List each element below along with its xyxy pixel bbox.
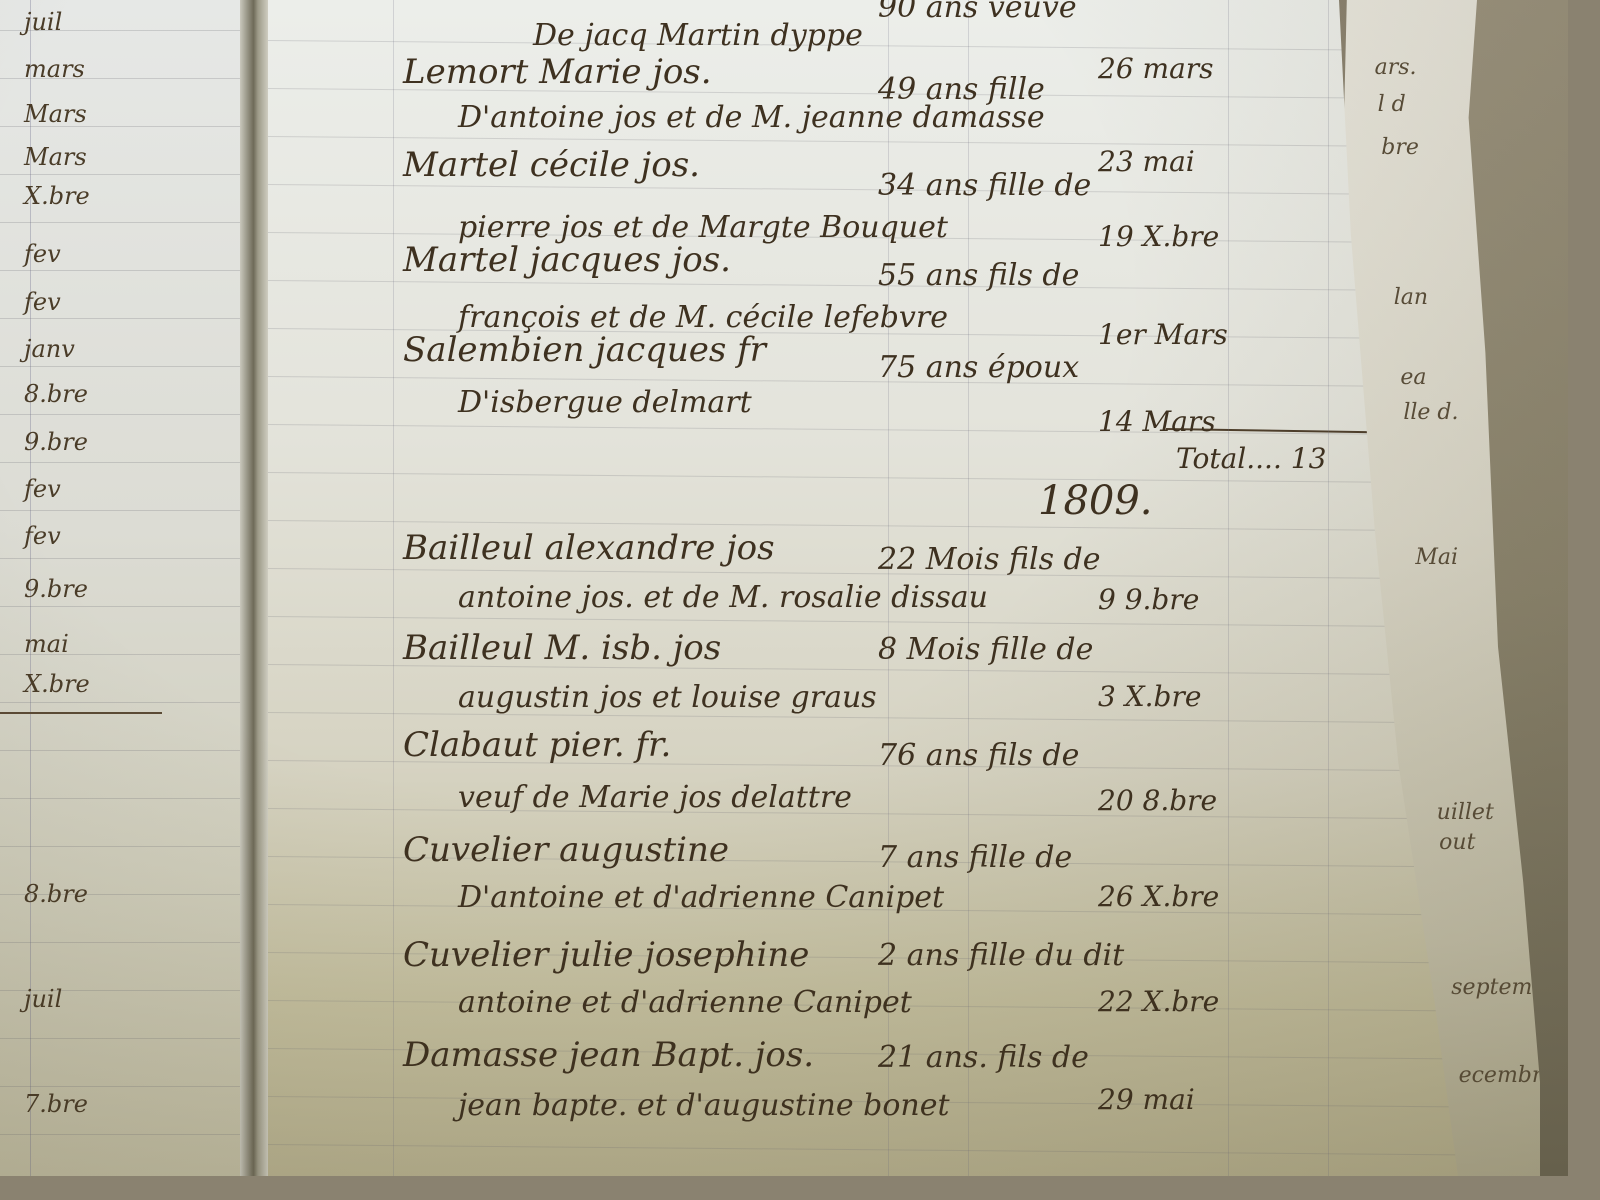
entry-name: Clabaut pier. fr. [403,725,671,765]
ruled-line [268,568,1458,579]
entry-name: Cuvelier augustine [403,830,729,870]
entry-date: 9 9.bre [1098,583,1199,616]
ruled-line [0,702,255,703]
margin-date: fev [24,475,61,503]
entry-parents: jean bapte. et d'augustine bonet [458,1088,950,1123]
entry-age: 49 ans fille [878,72,1045,107]
entry-age: 55 ans fils de [878,258,1079,293]
margin-date: 9.bre [24,428,88,456]
ruled-line [268,616,1458,627]
loose-sheet-fragment: lle d. [1403,400,1458,425]
margin-date: 8.bre [24,880,88,908]
ruled-line [0,846,255,847]
entry-name: Martel jacques jos. [403,240,731,280]
margin-date: juil [24,8,62,36]
ruled-line [0,558,255,559]
entry-parents: antoine et d'adrienne Canipet [458,985,912,1020]
entry-name: Lemort Marie jos. [403,52,712,92]
margin-date: mai [24,630,69,658]
ruled-line [0,1086,255,1087]
total-value: 13 [1291,442,1327,475]
entry-date: 29 mai [1098,1083,1195,1116]
ruled-line [0,942,255,943]
ruled-line [0,318,255,319]
margin-date: fev [24,288,61,316]
right-page: Total.... 13 1809. De jacq Martin dyppe9… [268,0,1458,1176]
loose-sheet-fragment: ars. [1375,55,1417,80]
column-rule [1228,0,1229,1176]
loose-sheet-fragment: uillet [1437,800,1494,825]
entry-name: Bailleul alexandre jos [403,528,775,568]
loose-sheet-fragment: Mai [1415,545,1458,570]
ruled-line [0,366,255,367]
left-page: juilmarsMarsMarsX.brefevfevjanv8.bre9.br… [0,0,255,1176]
loose-sheet-fragment: ea [1400,365,1426,390]
margin-date: 7.bre [24,1090,88,1118]
ruled-line [0,1038,255,1039]
entry-parents: antoine jos. et de M. rosalie dissau [458,580,988,615]
entry-parents: D'antoine et d'adrienne Canipet [458,880,944,915]
ruled-line [0,798,255,799]
entry-parents: augustin jos et louise graus [458,680,877,715]
entry-name: Martel cécile jos. [403,145,700,185]
entry-name: Damasse jean Bapt. jos. [403,1035,814,1075]
entry-date: 3 X.bre [1098,680,1201,713]
ruled-line [268,280,1458,291]
entry-name: Cuvelier julie josephine [403,935,809,975]
margin-date: fev [24,240,61,268]
entry-date: 26 X.bre [1098,880,1219,913]
entry-age: 21 ans. fils de [878,1040,1089,1075]
ruled-line [268,376,1458,387]
ruled-line [0,462,255,463]
margin-date: 9.bre [24,575,88,603]
entry-name: Salembien jacques fr [403,330,766,370]
ruled-line [0,510,255,511]
ruled-line [268,808,1458,819]
entry-age: 75 ans époux [878,350,1079,385]
entry-age: 8 Mois fille de [878,632,1093,667]
ruled-line [0,1134,255,1135]
ruled-line [268,1144,1458,1155]
year-total: Total.... 13 [1176,442,1326,475]
entry-age: 22 Mois fils de [878,542,1101,577]
margin-date: fev [24,522,61,550]
ruled-line [0,270,255,271]
margin-date: 8.bre [24,380,88,408]
loose-sheet-fragment: out [1439,830,1475,855]
margin-date: Mars [24,100,87,128]
ruled-line [0,414,255,415]
ruled-line [268,184,1458,195]
margin-date: X.bre [24,182,90,210]
margin-date: juil [24,985,62,1013]
entry-parents: D'isbergue delmart [458,385,752,420]
entry-date: 26 mars [1098,52,1214,85]
ledger-photo: ars.l dbrelanealle d.Maiuilletoutseptemb… [0,0,1568,1176]
ruled-line [0,750,255,751]
book-binding [240,0,270,1176]
entry-parents: veuf de Marie jos delattre [458,780,852,815]
margin-date: mars [24,55,85,83]
column-rule [393,0,394,1176]
year-heading: 1809. [1038,478,1153,524]
loose-sheet-fragment: lan [1394,285,1428,310]
entry-age: 2 ans fille du dit [878,938,1124,973]
entry-age: 76 ans fils de [878,738,1079,773]
entry-parents: De jacq Martin dyppe [533,18,863,53]
entry-age: 34 ans fille de [878,168,1091,203]
loose-sheet-fragment: bre [1381,135,1419,160]
entry-date: 22 X.bre [1098,985,1219,1018]
margin-date: X.bre [24,670,90,698]
ruled-line [0,222,255,223]
loose-sheet-fragment: l d [1378,92,1406,117]
entry-name: Bailleul M. isb. jos [403,628,721,668]
total-rule [0,712,162,714]
entry-date: 14 Mars [1098,405,1216,438]
entry-date: 20 8.bre [1098,784,1217,817]
margin-date: janv [24,335,75,363]
column-rule [1328,0,1329,1176]
entry-date: 1er Mars [1098,318,1228,351]
entry-date: 19 X.bre [1098,220,1219,253]
entry-age: 7 ans fille de [878,840,1072,875]
entry-age: 90 ans veuve [878,0,1077,25]
ruled-line [0,606,255,607]
entry-date: 23 mai [1098,145,1195,178]
ruled-line [0,174,255,175]
margin-date: Mars [24,143,87,171]
